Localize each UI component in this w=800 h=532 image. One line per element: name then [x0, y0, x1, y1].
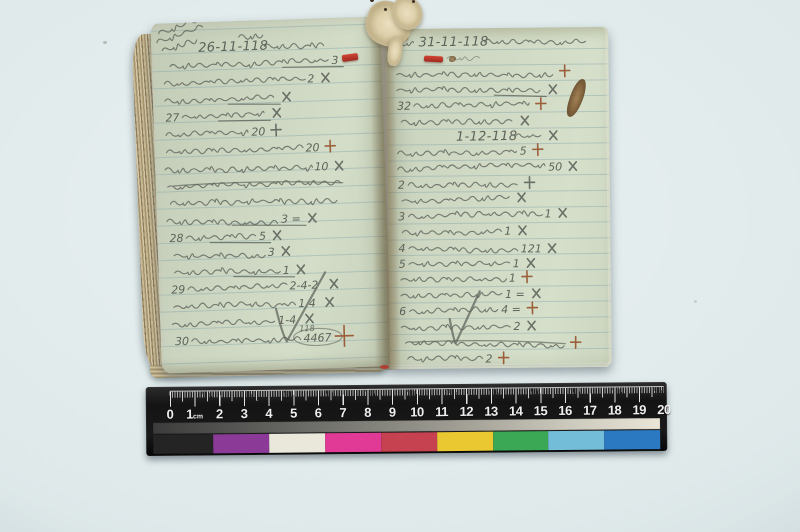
handwriting-line: 2	[164, 72, 329, 91]
ruler-number: 6	[315, 405, 322, 420]
handwriting-line: 1	[401, 271, 532, 287]
ruler-number: 17	[583, 403, 597, 418]
ruler-number: 4	[265, 406, 272, 421]
plus-mark	[571, 337, 581, 349]
knot-speck	[370, 0, 374, 2]
ruler-number: 12	[460, 404, 474, 419]
cross-mark	[528, 321, 535, 330]
ruler-number: 10	[410, 404, 424, 419]
cross-mark	[559, 209, 566, 218]
date-or-number: 29	[171, 283, 185, 296]
photograph: 26-11-11832272020103 =28531292-4-21 41-4…	[0, 0, 800, 532]
entry-value: 3	[268, 246, 275, 259]
date-or-number: 4	[399, 242, 406, 255]
handwriting-line: 3 =	[167, 212, 316, 228]
ruler-number: 18	[608, 402, 622, 417]
cross-mark	[521, 116, 528, 125]
cross-mark	[549, 244, 556, 253]
date-or-number: 28	[169, 232, 183, 245]
ruler-number: 16	[558, 403, 572, 418]
handwriting-line	[406, 336, 581, 348]
cross-mark	[335, 161, 342, 170]
dust-speck	[103, 41, 107, 44]
knot-speck	[384, 8, 387, 11]
cross-mark	[297, 265, 304, 274]
date-or-number: 6	[399, 305, 406, 318]
handwriting-line: 4121	[399, 242, 556, 255]
cross-mark	[283, 92, 290, 101]
handwriting-line	[402, 193, 525, 205]
plus-mark	[560, 65, 570, 77]
entry-value: 1	[504, 225, 511, 238]
ruler-number: 14	[509, 403, 523, 418]
entry-value: 1	[513, 257, 520, 270]
color-patch-light-blue	[548, 431, 604, 451]
cross-mark	[550, 131, 557, 140]
handwriting-right: 31-11-118321-12-118550231141215111 =64 =…	[386, 27, 612, 369]
color-patch-purple	[213, 434, 269, 454]
entry-value: 5	[259, 230, 266, 243]
handwriting-line: 20	[166, 124, 282, 142]
cross-mark	[569, 162, 576, 171]
cross-mark	[322, 73, 329, 82]
handwriting-line: 2	[401, 320, 535, 334]
ruler-number: 8	[364, 405, 371, 420]
color-patch-blue	[604, 430, 660, 450]
handwriting-line: 50	[398, 160, 577, 176]
color-calibration-patches	[153, 430, 660, 454]
date-or-number: 26-11-118	[198, 39, 268, 56]
color-patch-white	[269, 433, 325, 453]
entry-value: 3 =	[281, 212, 301, 225]
entry-value: 2	[307, 72, 314, 85]
handwriting-line: 31	[398, 207, 566, 223]
handwriting-line: 5	[397, 144, 543, 160]
handwriting-line: 3	[170, 54, 344, 73]
color-patch-yellow	[437, 432, 493, 452]
ruler-number: 5	[290, 406, 297, 421]
entry-value: 2	[513, 320, 520, 333]
entry-value: 4 =	[501, 303, 521, 316]
entry-value: 1	[544, 207, 551, 220]
date-or-number: 32	[397, 100, 411, 113]
cross-mark	[518, 193, 525, 202]
check-mark	[450, 291, 480, 343]
cross-mark	[519, 226, 526, 235]
plus-mark	[271, 124, 281, 136]
color-patch-magenta	[325, 433, 381, 453]
handwriting-line: 32	[397, 98, 546, 113]
handwriting-line	[168, 179, 343, 189]
ruler-number: 3	[241, 406, 248, 421]
entry-value: 5	[520, 145, 527, 158]
cross-mark	[533, 289, 540, 298]
entry-value: 1	[283, 264, 290, 277]
entry-value: 50	[548, 160, 562, 173]
scale-ruler: 01cm234567891011121314151617181920	[146, 382, 668, 456]
cross-mark	[306, 314, 313, 323]
handwriting-line	[170, 194, 337, 211]
cross-mark	[330, 279, 337, 288]
ruler-number: 20	[657, 402, 671, 417]
dust-speck	[694, 300, 697, 303]
ruler-number: 0	[166, 407, 173, 422]
handwriting-line: 10	[165, 160, 343, 177]
handwriting-line	[397, 85, 556, 97]
corner-scribble	[158, 17, 199, 36]
entry-value: 20	[251, 125, 265, 139]
cross-mark	[273, 108, 280, 117]
entry-value: 2	[486, 353, 493, 366]
date-or-number: 30	[175, 335, 189, 348]
handwriting-line: 304467118	[173, 272, 353, 351]
entry-value: 1	[509, 272, 516, 285]
entry-value: 121	[521, 242, 542, 255]
color-patch-black	[153, 434, 213, 454]
handwriting-line: 1-4	[172, 313, 313, 331]
entry-value: 20	[305, 141, 319, 154]
handwriting-line: 285	[169, 229, 280, 245]
date-or-number: 1-12-118	[456, 129, 518, 145]
color-patch-green	[493, 431, 549, 451]
ruler-number: 7	[339, 405, 346, 420]
plus-mark	[533, 144, 543, 156]
handwriting-line: 20	[166, 140, 335, 159]
red-binding-mark	[380, 365, 389, 369]
handwriting-line: 3	[174, 245, 290, 262]
handwriting-line: 1-12-118	[456, 128, 557, 144]
cross-mark	[309, 214, 316, 223]
handwriting-line: 51	[399, 257, 535, 271]
handwriting-line: 2	[408, 291, 509, 365]
ruler-number: 1cm	[186, 406, 203, 421]
right-page: 31-11-118321-12-118550231141215111 =64 =…	[386, 27, 612, 369]
ruler-unit-label: cm	[193, 413, 203, 420]
handwriting-line	[401, 116, 528, 125]
date-or-number: 27	[165, 111, 180, 125]
knot-speck	[412, 0, 415, 3]
handwriting-line: 1 =	[401, 288, 540, 303]
date-or-number: 2	[398, 179, 405, 192]
plus-mark	[499, 352, 509, 364]
ruler-number: 9	[389, 405, 396, 420]
cross-mark	[527, 259, 534, 268]
ruler-number: 2	[216, 406, 223, 421]
plus-mark	[522, 271, 532, 283]
cross-mark	[273, 231, 280, 240]
ruler-number: 11	[435, 404, 448, 419]
entry-value: 1 =	[505, 288, 525, 301]
cross-mark	[282, 247, 289, 256]
red-thread	[424, 56, 443, 63]
date-or-number: 3	[398, 210, 405, 223]
handwriting-line	[165, 92, 290, 107]
handwriting-line: 26-11-118	[198, 37, 324, 56]
ruler-number: 13	[484, 404, 498, 419]
handwriting-line: 1	[175, 264, 305, 280]
cross-mark	[549, 85, 556, 94]
handwriting-line: 2	[398, 177, 535, 192]
ruler-number: 15	[534, 403, 548, 418]
entry-value: 10	[314, 160, 328, 173]
date-or-number: 5	[399, 258, 406, 271]
handwriting-line: 1	[402, 225, 526, 240]
ruler-number: 19	[632, 402, 646, 417]
binding-knot	[340, 0, 452, 70]
red-thread	[342, 53, 359, 62]
plus-mark	[325, 140, 335, 152]
entry-value: 3	[331, 54, 338, 67]
plus-mark	[536, 98, 546, 110]
handwriting-line: 27	[165, 107, 280, 125]
plus-mark	[527, 302, 537, 314]
plus-mark	[524, 177, 534, 189]
cross-mark	[326, 298, 333, 307]
plus-mark	[335, 325, 354, 346]
color-patch-red	[381, 432, 437, 452]
